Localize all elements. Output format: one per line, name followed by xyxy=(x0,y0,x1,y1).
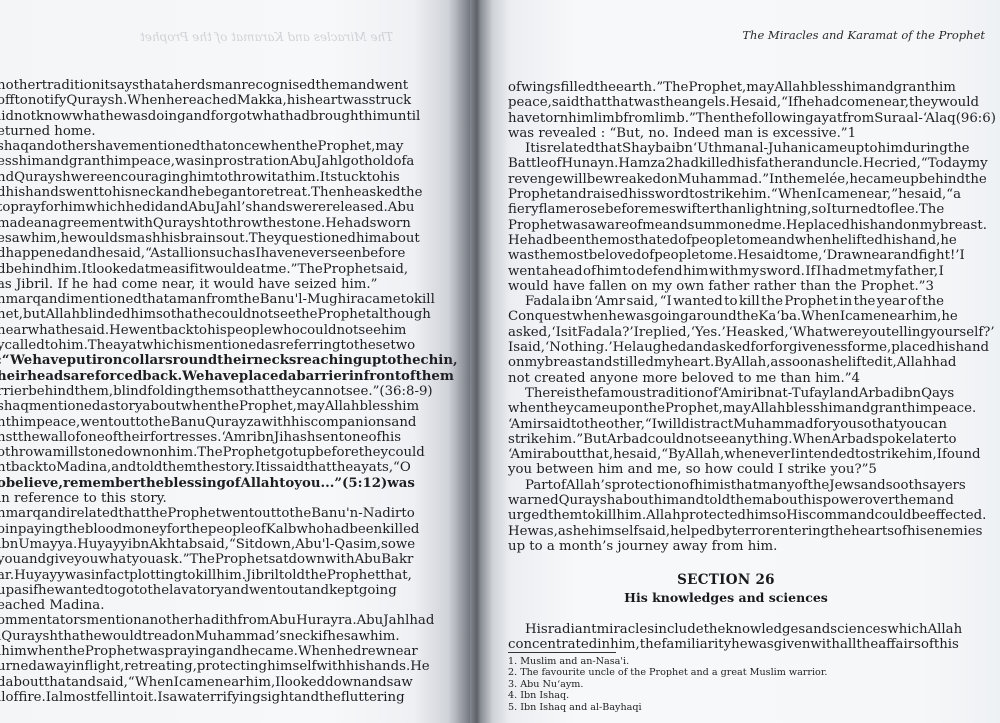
section-title: SECTION 26 xyxy=(508,572,944,588)
text-line: ofwingsfilledtheearth.”TheProphet,mayAll… xyxy=(508,80,944,95)
text-line: nthimpeace,wentouttotheBanuQurayzawithhi… xyxy=(0,415,382,430)
text-line: shaqandothershavementionedthatoncewhenth… xyxy=(0,139,382,154)
book-spread: The Miracles and Karamat of the Prophet … xyxy=(0,0,1000,723)
text-line: ycalledtohim.Theayatwhichismentionedasre… xyxy=(0,338,382,353)
quran-quote-line: :“Wehaveputironcollarsroundtheirnecksrea… xyxy=(0,353,382,368)
quran-quote-line: heirheadsareforcedback.Wehaveplacedabarr… xyxy=(0,369,382,384)
text-line: you between him and me, so how could I s… xyxy=(508,462,944,477)
running-head: The Miracles and Karamat of the Prophet xyxy=(720,28,985,42)
text-line: youandgiveyouwhatyouask.”TheProphetsatdo… xyxy=(0,552,382,567)
text-line: was revealed : “But, no. Indeed man is e… xyxy=(508,126,944,141)
text-line: BattleofHunayn.Hamza2hadkilledhisfathera… xyxy=(508,156,944,171)
footnote: 3. Abu Nu‘aym. xyxy=(508,679,944,690)
text-line: oinpayingthebloodmoneyforthepeopleofKalb… xyxy=(0,522,382,537)
text-line: fieryflamerosebeforemeswifterthanlightni… xyxy=(508,202,944,217)
text-line: wentaheadofhimtodefendhimwithmysword.IfI… xyxy=(508,264,944,279)
left-running-head-bleed: The Miracles and Karamat of the Prophet xyxy=(140,30,393,44)
text-line: nstthewallofoneoftheirfortresses.‘Amribn… xyxy=(0,430,382,445)
text-line: nothertraditionitsaysthataherdsmanrecogn… xyxy=(0,78,382,93)
text-line: Hisradiantmiraclesincludetheknowledgesan… xyxy=(508,622,944,637)
quran-quote-line: rrierbehindthem,blindfoldingthemsothatth… xyxy=(0,384,382,399)
text-line: nmarqandimentionedthatamanfromtheBanu'l-… xyxy=(0,292,382,307)
section-subtitle: His knowledges and sciences xyxy=(508,590,944,605)
text-line: nmarqandirelatedthattheProphetwentouttot… xyxy=(0,506,382,521)
text-line: lhimwhentheProphetwasprayingandhecame.Wh… xyxy=(0,644,382,659)
text-line: upasifhewantedtogotothelavatoryandwentou… xyxy=(0,583,382,598)
text-line: PartofAllah’sprotectionofhimisthatmanyof… xyxy=(508,478,944,493)
text-line: dhishandswenttohisneckandhebegantoretrea… xyxy=(0,185,382,200)
text-line: ItisrelatedthatShaybaibn‘Uthmanal-Juhani… xyxy=(508,141,944,156)
text-line: revengewillbewreakedonMuhammad.”Inthemel… xyxy=(508,172,944,187)
text-line: Thereisthefamoustraditionof‘Amiribnat-Tu… xyxy=(508,386,944,401)
text-line: madeanagreementwithQurayshtothrowtheston… xyxy=(0,216,382,231)
text-line: offtonotifyQuraysh.WhenhereachedMakka,hi… xyxy=(0,93,382,108)
text-line: ar.Huyayywasinfactplottingtokillhim.Jibr… xyxy=(0,568,382,583)
text-line: ‘Amiraboutthat,hesaid,“ByAllah,wheneverI… xyxy=(508,447,944,462)
text-line: lidnotknowwhathewasdoingandforgotwhathad… xyxy=(0,109,382,124)
text-line: asked,‘IsitFadala?’Ireplied,‘Yes.’Heaske… xyxy=(508,325,944,340)
text-line: lQurayshthathewouldtreadonMuhammad’sneck… xyxy=(0,629,382,644)
text-line: Fadalaibn‘Amrsaid,“IwantedtokilltheProph… xyxy=(508,294,944,309)
text-line: ommentatorsmentionanotherhadithfromAbuHu… xyxy=(0,613,382,628)
text-line: dhappenedandhesaid,“AstallionsuchasIhave… xyxy=(0,246,382,261)
text-line: ConquestwhenhewasgoingaroundtheKa‘ba.Whe… xyxy=(508,309,944,324)
quran-quote-line: obelieve,remembertheblessingofAllahtoyou… xyxy=(0,476,382,491)
text-line: lloffire.Ialmostfellintoit.Isawaterrifyi… xyxy=(0,690,382,705)
text-line: wasthemostbelovedofpeopletome.Hesaidtome… xyxy=(508,248,944,263)
text-line: warnedQurayshabouthimandtoldthemabouthis… xyxy=(508,493,944,508)
text-line: ndQurayshwereencouraginghimtothrowitathi… xyxy=(0,170,382,185)
footnote: 2. The favourite uncle of the Prophet an… xyxy=(508,667,944,678)
text-line: daboutthatandsaid,“WhenIcamenearhim,Iloo… xyxy=(0,675,382,690)
text-line: ‘Amirsaidtotheother,“IwilldistractMuhamm… xyxy=(508,417,944,432)
text-line: esawhim,hewouldsmashhisbrainsout.Theyque… xyxy=(0,231,382,246)
text-line: toprayforhimwhichhedidandAbuJahl’shandsw… xyxy=(0,200,382,215)
text-line: esshimandgranthimpeace,wasinprostrationA… xyxy=(0,154,382,169)
text-line: not created anyone more beloved to me th… xyxy=(508,371,944,386)
text-line: havetornhimlimbfromlimb.”Thenthefollowin… xyxy=(508,111,944,126)
text-line: ntbacktoMadina,andtoldthemthestory.Itiss… xyxy=(0,460,382,475)
text-line: up to a month’s journey away from him. xyxy=(508,539,944,554)
left-page: The Miracles and Karamat of the Prophet … xyxy=(0,0,470,723)
right-page-body: ofwingsfilledtheearth.”TheProphet,mayAll… xyxy=(508,80,944,554)
text-line: othrowamillstonedownonhim.TheProphetgotu… xyxy=(0,445,382,460)
text-line: dbehindhim.Itlookedatmeasifitwouldeatme.… xyxy=(0,262,382,277)
text-line: would have fallen on my own father rathe… xyxy=(508,279,944,294)
text-line: Hewas,ashehimselfsaid,helpedbyterrorente… xyxy=(508,524,944,539)
section-body: Hisradiantmiraclesincludetheknowledgesan… xyxy=(508,622,944,653)
text-line: eturned home. xyxy=(0,124,382,139)
text-line: strikehim.”ButArbadcouldnotseeanything.W… xyxy=(508,432,944,447)
text-line: ibnUmayya.HuyayyibnAkhtabsaid,“Sitdown,A… xyxy=(0,537,382,552)
text-line: in reference to this story. xyxy=(0,491,382,506)
footnote: 4. Ibn Ishaq. xyxy=(508,690,944,701)
text-line: whentheycameupontheProphet,mayAllahbless… xyxy=(508,401,944,416)
text-line: onmybreastandstilledmyheart.ByAllah,asso… xyxy=(508,355,944,370)
text-line: as Jibril. If he had come near, it would… xyxy=(0,277,382,292)
text-line: urnedawayinflight,retreating,protectingh… xyxy=(0,659,382,674)
footnotes: 1. Muslim and an-Nasa'i. 2. The favourit… xyxy=(508,656,944,713)
left-page-body: nothertraditionitsaysthataherdsmanrecogn… xyxy=(0,78,382,705)
text-line: Prophetandraisedhisswordtostrikehim.“Whe… xyxy=(508,187,944,202)
text-line: het,butAllahblindedhimsothathecouldnotse… xyxy=(0,307,382,322)
text-line: Hehadbeenthemosthatedofpeopletomeandwhen… xyxy=(508,233,944,248)
footnote-divider xyxy=(508,652,616,653)
text-line: Isaid,‘Nothing.’Helaughedandaskedforforg… xyxy=(508,340,944,355)
text-line: peace,saidthatthatwastheangels.Hesaid,“I… xyxy=(508,95,944,110)
text-line: concentratedinhim,thefamiliarityhewasgiv… xyxy=(508,637,944,652)
text-line: urgedthemtokillhim.AllahprotectedhimsoHi… xyxy=(508,508,944,523)
footnote: 1. Muslim and an-Nasa'i. xyxy=(508,656,944,667)
book-gutter xyxy=(448,0,508,723)
right-page: The Miracles and Karamat of the Prophet … xyxy=(470,0,1000,723)
text-line: Prophetwasawareofmeandsummonedme.Heplace… xyxy=(508,218,944,233)
text-line: shaqmentionedastoryaboutwhentheProphet,m… xyxy=(0,399,382,414)
text-line: hearwhathesaid.Hewentbacktohispeoplewhoc… xyxy=(0,323,382,338)
text-line: eached Madina. xyxy=(0,598,382,613)
footnote: 5. Ibn Ishaq and al-Bayhaqi xyxy=(508,702,944,713)
